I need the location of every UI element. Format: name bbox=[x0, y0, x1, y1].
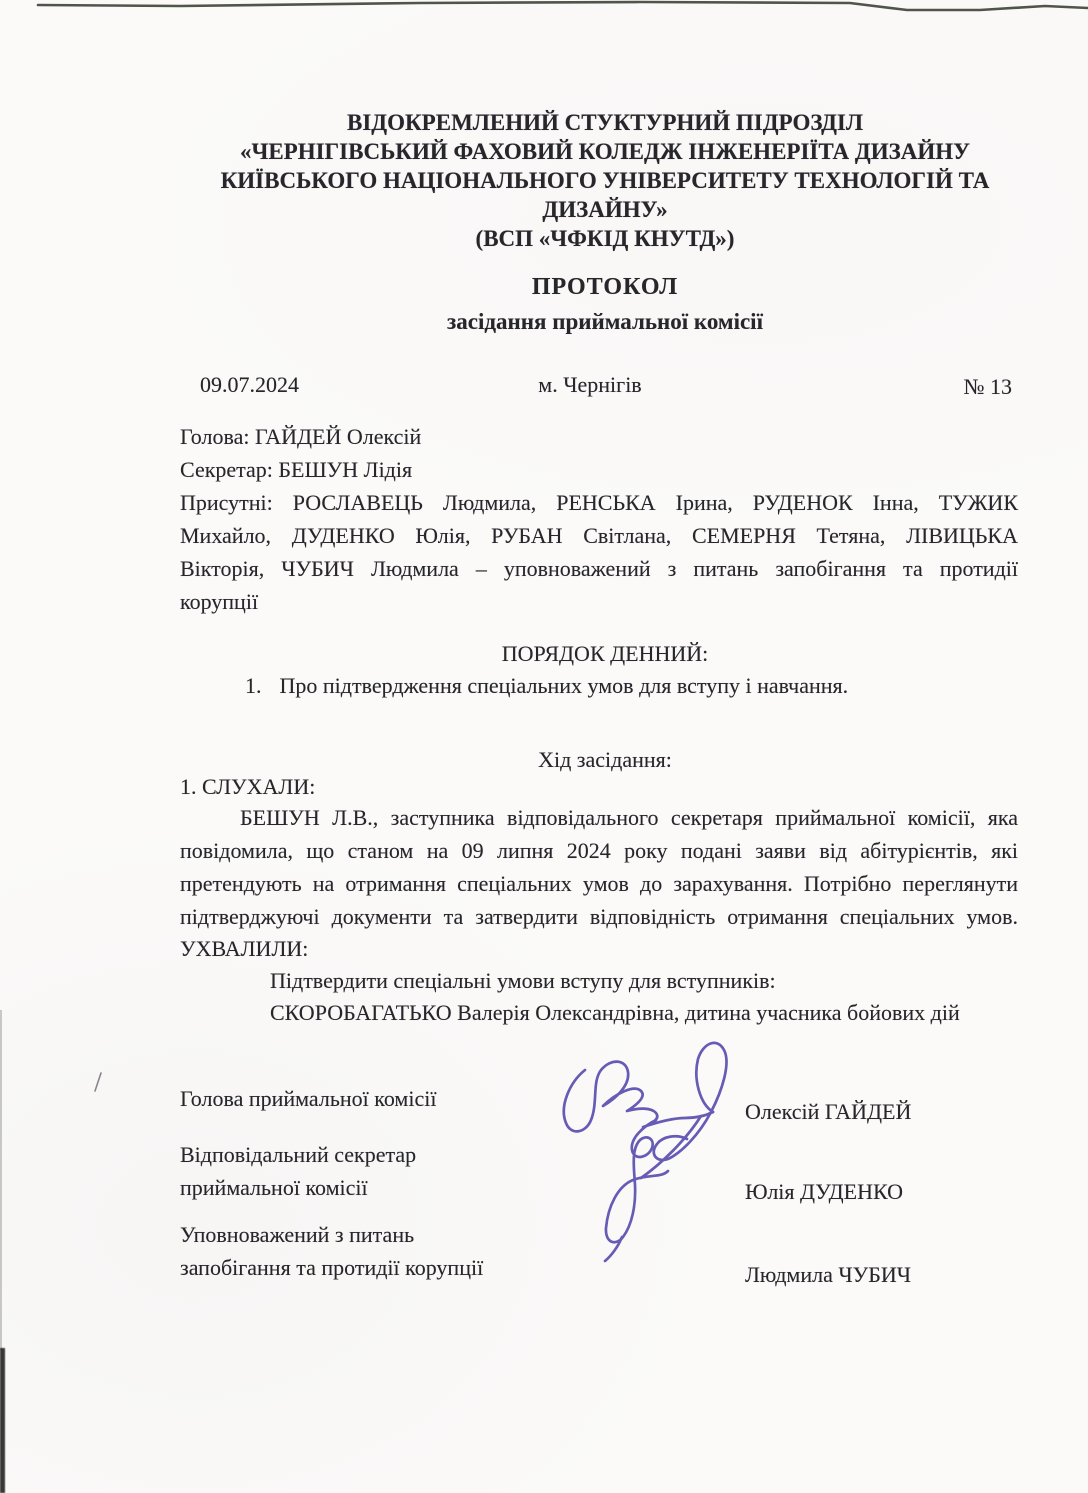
scanned-document-page: ВІДОКРЕМЛЕНИЙ СТУКТУРНИЙ ПІДРОЗДІЛ «ЧЕРН… bbox=[0, 0, 1088, 1493]
officer-secretary: Секретар: БЕШУН Лідія bbox=[180, 453, 412, 486]
heard-paragraph: БЕШУН Л.В., заступника відповідального с… bbox=[180, 801, 1018, 933]
resolved-line: СКОРОБАГАТЬКО Валерія Олександрівна, дит… bbox=[270, 996, 960, 1029]
heard-line: БЕШУН Л.В., заступника відповідального с… bbox=[180, 801, 1018, 834]
stray-mark-stroke bbox=[95, 1073, 101, 1091]
resolved-label: УХВАЛИЛИ: bbox=[180, 932, 308, 965]
present-line: Вікторія, ЧУБИЧ Людмила – уповноважений … bbox=[180, 552, 1018, 585]
officer-head: Голова: ГАЙДЕЙ Олексій bbox=[180, 420, 421, 453]
present-line: Присутні: РОСЛАВЕЦЬ Людмила, РЕНСЬКА Іри… bbox=[180, 486, 1018, 519]
signature-chair-ink bbox=[641, 1116, 701, 1178]
scan-edge-top bbox=[0, 0, 1088, 20]
heard-line: підтверджуючі документи та затвердити ві… bbox=[180, 900, 1018, 933]
signature-role-chair: Голова приймальної комісії bbox=[180, 1082, 436, 1115]
signature-role-compliance: Уповноважений з питань bbox=[180, 1218, 414, 1251]
agenda-item-number: 1. bbox=[245, 669, 262, 702]
signature-secretary-ink bbox=[606, 1120, 668, 1242]
signature-secretary-ink bbox=[605, 1237, 622, 1261]
document-number: № 13 bbox=[900, 370, 1012, 403]
document-title: ПРОТОКОЛ bbox=[180, 271, 1030, 304]
signature-chair-ink bbox=[654, 1043, 727, 1160]
org-header-line: КИЇВСЬКОГО НАЦІОНАЛЬНОГО УНІВЕРСИТЕТУ ТЕ… bbox=[180, 166, 1030, 195]
signature-name-chair: Олексій ГАЙДЕЙ bbox=[745, 1095, 911, 1128]
scan-edge-top-line bbox=[38, 2, 1088, 10]
org-header-line: ВІДОКРЕМЛЕНИЙ СТУКТУРНИЙ ПІДРОЗДІЛ bbox=[180, 108, 1030, 137]
agenda-heading: ПОРЯДОК ДЕННИЙ: bbox=[180, 637, 1030, 670]
scan-edge-bottom-left-bar bbox=[0, 1348, 5, 1493]
signature-name-secretary: Юлія ДУДЕНКО bbox=[745, 1175, 903, 1208]
agenda-item: 1.Про підтвердження спеціальних умов для… bbox=[245, 669, 848, 702]
signature-chair-ink bbox=[564, 1062, 713, 1132]
stray-mark bbox=[90, 1070, 110, 1096]
scan-edge-left-faint bbox=[0, 1010, 2, 1350]
present-paragraph: Присутні: РОСЛАВЕЦЬ Людмила, РЕНСЬКА Іри… bbox=[180, 486, 1018, 618]
org-header-line: (ВСП «ЧФКІД КНУТД») bbox=[180, 224, 1030, 253]
document-subtitle: засідання приймальної комісії bbox=[180, 305, 1030, 338]
document-place: м. Чернігів bbox=[160, 368, 1020, 401]
resolved-line: Підтвердити спеціальні умови вступу для … bbox=[270, 964, 776, 997]
signature-role-compliance: запобігання та протидії корупції bbox=[180, 1251, 483, 1284]
present-line: Михайло, ДУДЕНКО Юлія, РУБАН Світлана, С… bbox=[180, 519, 1018, 552]
heard-line: повідомила, що станом на 09 липня 2024 р… bbox=[180, 834, 1018, 867]
signature-role-secretary: Відповідальний секретар bbox=[180, 1138, 416, 1171]
present-line: корупції bbox=[180, 585, 1018, 618]
agenda-item-text: Про підтвердження спеціальних умов для в… bbox=[280, 673, 849, 698]
signature-role-secretary: приймальної комісії bbox=[180, 1171, 368, 1204]
heard-line: претендують на отримання спеціальних умо… bbox=[180, 867, 1018, 900]
heard-label: 1. СЛУХАЛИ: bbox=[180, 770, 315, 803]
org-header: ВІДОКРЕМЛЕНИЙ СТУКТУРНИЙ ПІДРОЗДІЛ «ЧЕРН… bbox=[180, 108, 1030, 253]
signature-name-compliance: Людмила ЧУБИЧ bbox=[745, 1258, 911, 1291]
org-header-line: «ЧЕРНІГІВСЬКИЙ ФАХОВИЙ КОЛЕДЖ ІНЖЕНЕРІЇТ… bbox=[180, 137, 1030, 166]
org-header-line: ДИЗАЙНУ» bbox=[180, 195, 1030, 224]
